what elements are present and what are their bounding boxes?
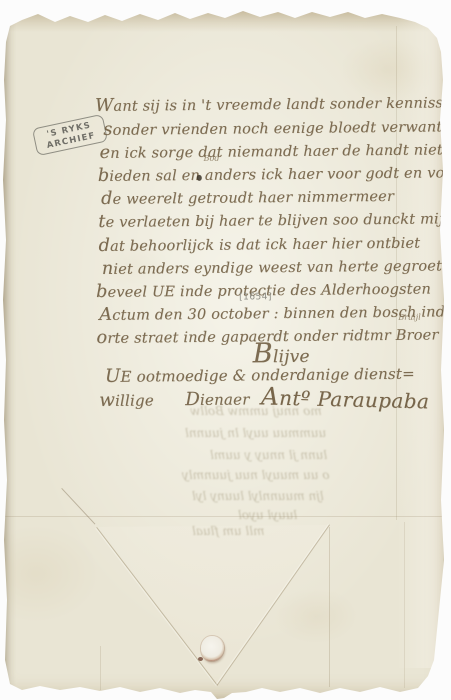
closing-line-2a: willige — [99, 389, 154, 411]
letter-line-4: bieden sal en anders ick haer voor godt … — [98, 162, 451, 186]
interlinear-note-broer: Bruijl — [398, 313, 421, 322]
letter-line-1: Want sij is in 't vreemde landt sonder k… — [95, 92, 451, 116]
manuscript-paper: mo nnuj ummw Bollw uummuu uuyl ln juunnl… — [0, 0, 451, 700]
wax-seal-fragment — [198, 657, 203, 661]
letter-line-7: dat behoorlijck is dat ick haer hier ont… — [98, 233, 420, 256]
interlinear-note: Bod — [204, 154, 220, 163]
letter-line-8: niet anders eyndige weest van herte gegr… — [102, 255, 442, 279]
ink-blot — [197, 175, 202, 181]
signature-ant-paraupaba: Antº Paraupaba — [261, 381, 430, 414]
closing-line-2b: Dienaer — [185, 388, 250, 410]
letter-text-block: Want sij is in 't vreemde landt sonder k… — [0, 0, 451, 700]
letter-line-2: sonder vrienden noch eenige bloedt verwa… — [103, 116, 442, 140]
pencil-year-annotation: [1654] — [239, 292, 272, 302]
letter-line-3: en ick sorge dat niemandt haer de handt … — [99, 139, 443, 163]
letter-line-6: te verlaeten bij haer te blijven soo dun… — [98, 208, 451, 232]
photo-background: mo nnuj ummw Bollw uummuu uuyl ln juunnl… — [0, 0, 451, 700]
letter-line-5: de weerelt getroudt haer nimmermeer — [101, 186, 394, 209]
